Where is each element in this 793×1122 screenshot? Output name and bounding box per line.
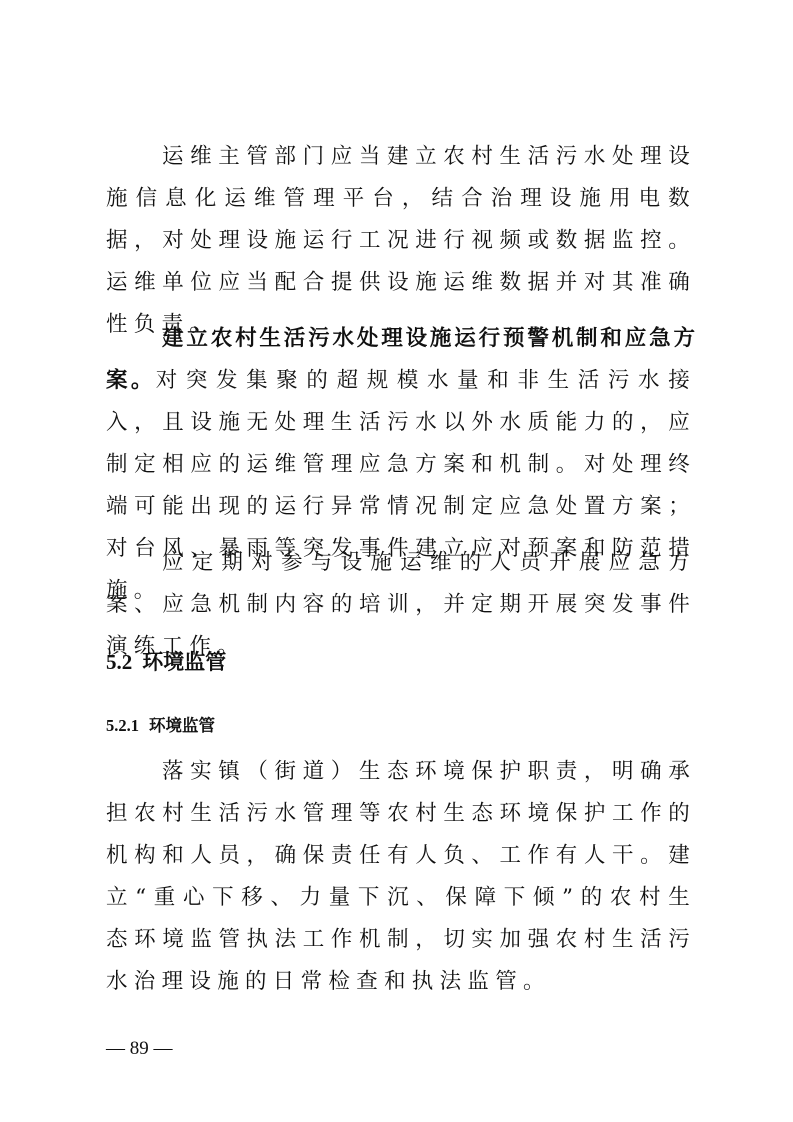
page-number: — 89 — bbox=[106, 1038, 173, 1060]
subsection-number: 5.2.1 bbox=[106, 716, 139, 735]
section-title: 环境监管 bbox=[142, 650, 226, 674]
subsection-heading: 5.2.1环境监管 bbox=[106, 712, 215, 736]
section-number: 5.2 bbox=[106, 650, 132, 674]
paragraph-platform: 运维主管部门应当建立农村生活污水处理设施信息化运维管理平台，结合治理设施用电数据… bbox=[106, 136, 696, 346]
subsection-title: 环境监管 bbox=[149, 716, 215, 735]
paragraph-supervision: 落实镇（街道）生态环境保护职责，明确承担农村生活污水管理等农村生态环境保护工作的… bbox=[106, 751, 696, 1003]
section-heading: 5.2环境监管 bbox=[106, 646, 226, 676]
